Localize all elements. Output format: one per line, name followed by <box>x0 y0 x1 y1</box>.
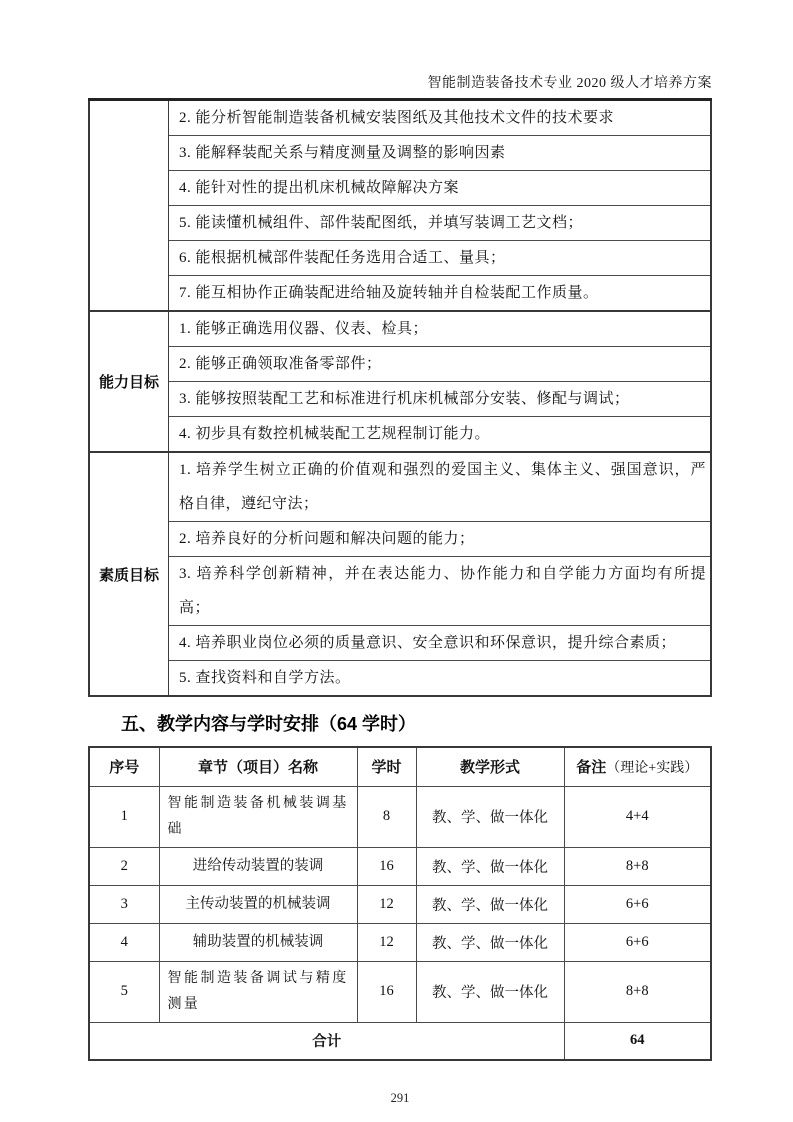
objectives-group-ability: 能力目标 1. 能够正确选用仪器、仪表、检具； 2. 能够正确领取准备零部件； … <box>90 310 710 451</box>
group-label-quality: 素质目标 <box>90 453 169 695</box>
table-row: 1 智能制造装备机械装调基础 8 教、学、做一体化 4+4 <box>89 786 711 847</box>
objective-item: 2. 能分析智能制造装备机械安装图纸及其他技术文件的技术要求 <box>169 101 710 135</box>
cell-index: 4 <box>89 923 159 961</box>
header-note-suffix: （理论+实践） <box>606 761 698 776</box>
cell-form: 教、学、做一体化 <box>416 847 564 885</box>
objective-item: 2. 能够正确领取准备零部件； <box>169 346 710 381</box>
cell-hours: 16 <box>357 961 416 1022</box>
cell-hours: 8 <box>357 786 416 847</box>
cell-form: 教、学、做一体化 <box>416 885 564 923</box>
objectives-group-quality: 素质目标 1. 培养学生树立正确的价值观和强烈的爱国主义、集体主义、强国意识，严… <box>90 451 710 695</box>
cell-index: 1 <box>89 786 159 847</box>
cell-hours: 12 <box>357 923 416 961</box>
header-note: 备注（理论+实践） <box>564 747 711 786</box>
objective-item: 1. 能够正确选用仪器、仪表、检具； <box>169 312 710 346</box>
cell-note: 8+8 <box>564 847 711 885</box>
header-hours: 学时 <box>357 747 416 786</box>
cell-chapter: 辅助装置的机械装调 <box>159 923 357 961</box>
cell-index: 2 <box>89 847 159 885</box>
cell-note: 6+6 <box>564 885 711 923</box>
objective-item: 6. 能根据机械部件装配任务选用合适工、量具； <box>169 240 710 275</box>
cell-note: 6+6 <box>564 923 711 961</box>
schedule-header-row: 序号 章节（项目）名称 学时 教学形式 备注（理论+实践） <box>89 747 711 786</box>
cell-note: 4+4 <box>564 786 711 847</box>
cell-chapter: 进给传动装置的装调 <box>159 847 357 885</box>
document-page: 智能制造装备技术专业 2020 级人才培养方案 2. 能分析智能制造装备机械安装… <box>0 0 793 1122</box>
header-index: 序号 <box>89 747 159 786</box>
section-heading: 五、教学内容与学时安排（64 学时） <box>88 710 712 736</box>
objective-item: 5. 查找资料和自学方法。 <box>169 660 710 695</box>
total-hours: 64 <box>564 1022 711 1060</box>
objectives-table: 2. 能分析智能制造装备机械安装图纸及其他技术文件的技术要求 3. 能解释装配关… <box>88 101 712 697</box>
cell-note: 8+8 <box>564 961 711 1022</box>
cell-hours: 12 <box>357 885 416 923</box>
table-row: 4 辅助装置的机械装调 12 教、学、做一体化 6+6 <box>89 923 711 961</box>
cell-index: 3 <box>89 885 159 923</box>
objective-item: 3. 培养科学创新精神，并在表达能力、协作能力和自学能力方面均有所提高； <box>169 556 710 625</box>
cell-chapter: 智能制造装备调试与精度测量 <box>159 961 357 1022</box>
table-row: 2 进给传动装置的装调 16 教、学、做一体化 8+8 <box>89 847 711 885</box>
cell-form: 教、学、做一体化 <box>416 961 564 1022</box>
objective-item: 7. 能互相协作正确装配进给轴及旋转轴并自检装配工作质量。 <box>169 275 710 310</box>
table-row: 5 智能制造装备调试与精度测量 16 教、学、做一体化 8+8 <box>89 961 711 1022</box>
objective-item: 4. 能针对性的提出机床机械故障解决方案 <box>169 170 710 205</box>
cell-hours: 16 <box>357 847 416 885</box>
table-row: 3 主传动装置的机械装调 12 教、学、做一体化 6+6 <box>89 885 711 923</box>
cell-form: 教、学、做一体化 <box>416 786 564 847</box>
objective-item: 5. 能读懂机械组件、部件装配图纸，并填写装调工艺文档； <box>169 205 710 240</box>
total-label: 合计 <box>89 1022 564 1060</box>
objectives-group-knowledge: 2. 能分析智能制造装备机械安装图纸及其他技术文件的技术要求 3. 能解释装配关… <box>90 101 710 310</box>
page-header-title: 智能制造装备技术专业 2020 级人才培养方案 <box>88 0 712 101</box>
cell-index: 5 <box>89 961 159 1022</box>
header-chapter: 章节（项目）名称 <box>159 747 357 786</box>
header-note-label: 备注 <box>576 759 606 776</box>
total-row: 合计 64 <box>89 1022 711 1060</box>
objective-item: 1. 培养学生树立正确的价值观和强烈的爱国主义、集体主义、强国意识，严格自律，遵… <box>169 453 710 521</box>
objective-item: 3. 能解释装配关系与精度测量及调整的影响因素 <box>169 135 710 170</box>
cell-chapter: 主传动装置的机械装调 <box>159 885 357 923</box>
objective-item: 2. 培养良好的分析问题和解决问题的能力； <box>169 521 710 556</box>
cell-form: 教、学、做一体化 <box>416 923 564 961</box>
objective-item: 4. 培养职业岗位必须的质量意识、安全意识和环保意识，提升综合素质； <box>169 625 710 660</box>
objective-item: 4. 初步具有数控机械装配工艺规程制订能力。 <box>169 416 710 451</box>
header-form: 教学形式 <box>416 747 564 786</box>
cell-chapter: 智能制造装备机械装调基础 <box>159 786 357 847</box>
page-number: 291 <box>88 1091 712 1106</box>
group-label-ability: 能力目标 <box>90 312 169 451</box>
schedule-table: 序号 章节（项目）名称 学时 教学形式 备注（理论+实践） 1 智能制造装备机械… <box>88 746 712 1061</box>
objective-item: 3. 能够按照装配工艺和标准进行机床机械部分安装、修配与调试； <box>169 381 710 416</box>
group-label-empty <box>90 101 169 310</box>
